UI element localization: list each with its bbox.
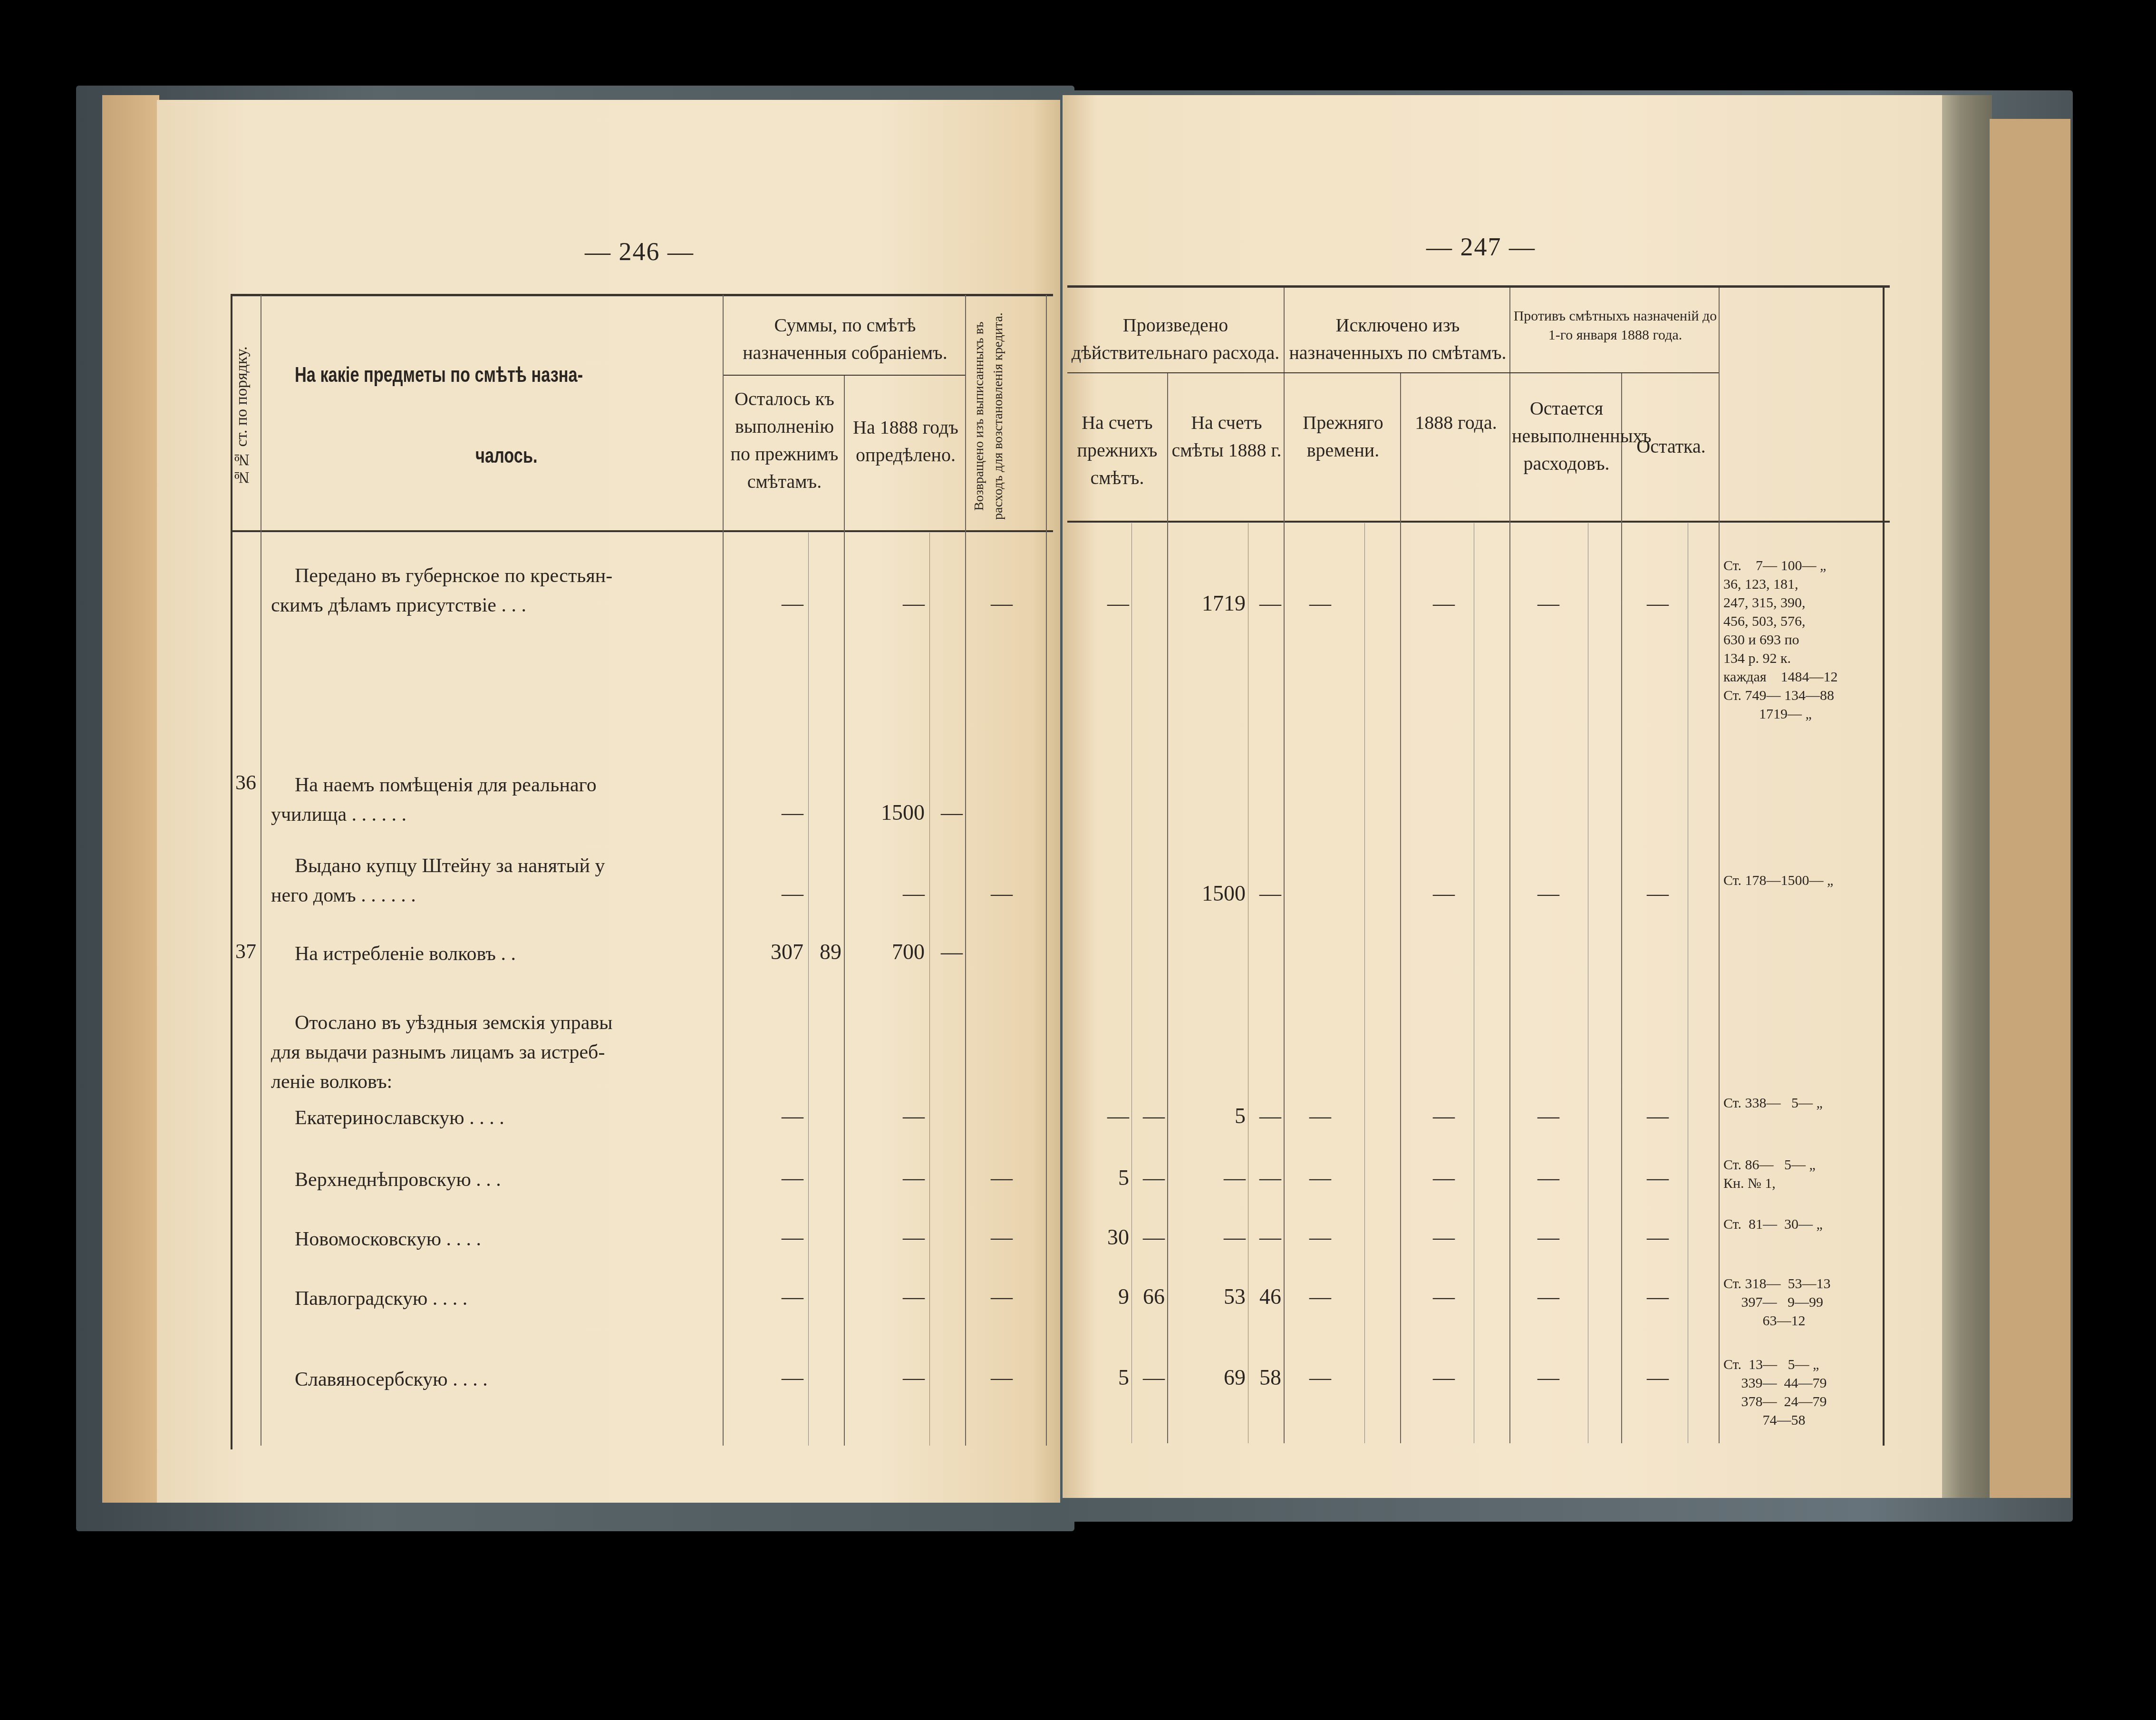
row-description: Выдано купцу Штейну за нанятый у — [295, 851, 605, 881]
cell-prev_k: — — [1143, 1165, 1165, 1190]
cell-y1888_k: — — [941, 939, 963, 964]
col-divider — [965, 295, 966, 1446]
kopeck-divider — [1131, 523, 1132, 1443]
row-description: Славяносербскую . . . . — [295, 1365, 488, 1394]
cell-cur: 5 — [1235, 1103, 1246, 1128]
cell-remainder: — — [1647, 1284, 1669, 1309]
row-description: На истребленіе волковъ . . — [295, 939, 516, 969]
row-description: Новомосковскую . . . . — [295, 1224, 481, 1254]
cell-cur_k: — — [1259, 1224, 1281, 1250]
col-divider — [1719, 288, 1720, 1443]
cell-prev_k: 66 — [1143, 1284, 1165, 1309]
cell-prev_k: — — [1143, 1224, 1165, 1250]
col-divider — [1509, 288, 1510, 1443]
cell-remaining: — — [782, 591, 803, 616]
header-group-against: Противъ смѣтныхъ назначеній до 1-го янва… — [1512, 307, 1719, 345]
cell-prev_k: — — [1143, 1103, 1165, 1128]
cell-remainder: — — [1647, 591, 1669, 616]
header-group-sums: Суммы, по смѣтѣ назначенныя собраніемъ. — [725, 311, 965, 367]
cell-remainder: — — [1647, 1165, 1669, 1190]
header-bottom-rule-left — [231, 530, 1053, 532]
cell-remaining: — — [782, 1103, 803, 1128]
row-note: Ст. 86— 5— „ Кн. № 1, — [1723, 1156, 1816, 1193]
kopeck-divider — [1474, 523, 1474, 1443]
cell-cur_k: — — [1259, 1103, 1281, 1128]
col-divider — [1400, 373, 1401, 1443]
cell-cur: — — [1224, 1165, 1246, 1190]
header-subject-line1: На какіе предметы по смѣтѣ назна- — [295, 361, 583, 389]
article-number: 37 — [235, 939, 256, 963]
cell-excl_prev: — — [1309, 1284, 1331, 1309]
row-note: Ст. 178—1500— „ — [1723, 871, 1833, 890]
col-divider — [723, 295, 724, 1446]
col-divider — [261, 295, 261, 1446]
cell-remainder: — — [1647, 881, 1669, 906]
cell-excl_prev: — — [1309, 1224, 1331, 1250]
header-group-excluded: Исключено изъ назначенныхъ по смѣтамъ. — [1286, 311, 1509, 367]
col-divider — [1046, 295, 1047, 1446]
cell-remaining: — — [782, 1284, 803, 1309]
group-rule-sums — [724, 375, 965, 376]
cell-unfulfilled: — — [1537, 591, 1559, 616]
cell-cur: 53 — [1224, 1284, 1246, 1309]
cell-excl_1888: — — [1433, 1165, 1455, 1190]
cell-remaining: — — [782, 1224, 803, 1250]
cell-cur_k: — — [1259, 881, 1281, 906]
page-number-left: — 246 — — [585, 237, 694, 266]
endpaper-right — [1990, 119, 2070, 1498]
cell-excl_prev: — — [1309, 1165, 1331, 1190]
cell-cur_k: — — [1259, 1165, 1281, 1190]
table-left-border — [231, 294, 232, 1449]
cell-remainder: — — [1647, 1103, 1669, 1128]
cell-excl_1888: — — [1433, 881, 1455, 906]
cell-returned: — — [991, 591, 1013, 616]
col-divider — [1284, 288, 1285, 1443]
cell-remainder: — — [1647, 1224, 1669, 1250]
row-description: Верхнеднѣпровскую . . . — [295, 1165, 501, 1195]
cell-prev: 5 — [1118, 1165, 1129, 1190]
row-description: него домъ . . . . . . — [271, 881, 416, 910]
cell-remaining: 307 — [771, 939, 803, 964]
header-bottom-rule-right — [1067, 521, 1890, 523]
cell-unfulfilled: — — [1537, 1165, 1559, 1190]
table-top-rule-left — [231, 294, 1053, 296]
header-remaining: Осталось къ выполненію по прежнимъ смѣта… — [725, 385, 844, 496]
header-group-spent: Произведено дѣйствительнаго расхода. — [1067, 311, 1284, 367]
cell-remaining: — — [782, 1365, 803, 1390]
col-divider — [844, 376, 845, 1446]
cell-unfulfilled: — — [1537, 1365, 1559, 1390]
row-note: Ст. 7— 100— „ 36, 123, 181, 247, 315, 39… — [1723, 556, 1838, 723]
row-note: Ст. 318— 53—13 397— 9—99 63—12 — [1723, 1274, 1830, 1330]
cell-cur: 1719 — [1202, 591, 1246, 616]
cell-y1888: — — [903, 1224, 925, 1250]
cell-excl_prev: — — [1309, 1365, 1331, 1390]
row-note: Ст. 338— 5— „ — [1723, 1094, 1823, 1112]
header-remainder: Остатка. — [1624, 433, 1719, 460]
cell-excl_1888: — — [1433, 1284, 1455, 1309]
cell-cur_k: — — [1259, 591, 1281, 616]
cell-prev: — — [1107, 1103, 1129, 1128]
col-divider — [1621, 373, 1622, 1443]
row-description: Екатеринославскую . . . . — [295, 1103, 504, 1133]
cell-unfulfilled: — — [1537, 1103, 1559, 1128]
page-number-right: — 247 — — [1426, 232, 1536, 262]
kopeck-divider — [1588, 523, 1588, 1443]
cell-prev: 30 — [1107, 1224, 1129, 1250]
cell-remainder: — — [1647, 1365, 1669, 1390]
page-stack-right — [1940, 95, 1992, 1498]
header-subject-line2: чалось. — [475, 442, 538, 470]
cell-y1888: — — [903, 591, 925, 616]
cell-cur_k: 46 — [1259, 1284, 1281, 1309]
header-1888-year: 1888 года. — [1402, 409, 1509, 437]
header-unfulfilled: Остается невыполненныхъ расходовъ. — [1512, 395, 1621, 477]
row-description: леніе волковъ: — [271, 1067, 392, 1097]
row-description: Отослано въ уѣздныя земскія управы — [295, 1008, 612, 1038]
cell-returned: — — [991, 881, 1013, 906]
header-prev-estimates: На счетъ прежнихъ смѣтъ. — [1067, 409, 1167, 492]
row-note: Ст. 13— 5— „ 339— 44—79 378— 24—79 74—58 — [1723, 1355, 1827, 1429]
col-divider — [1167, 373, 1168, 1443]
cell-cur_k: 58 — [1259, 1365, 1281, 1390]
cell-excl_1888: — — [1433, 1224, 1455, 1250]
cell-y1888: — — [903, 1284, 925, 1309]
header-article-number: №№ ст. по порядку. — [233, 304, 260, 528]
cell-unfulfilled: — — [1537, 1284, 1559, 1309]
header-1888-defined: На 1888 годъ опредѣлено. — [846, 414, 965, 469]
cell-returned: — — [991, 1365, 1013, 1390]
cell-remaining: — — [782, 881, 803, 906]
row-note: Ст. 81— 30— „ — [1723, 1215, 1823, 1234]
row-description: На наемъ помѣщенія для реальнаго — [295, 770, 597, 800]
cell-remaining: — — [782, 1165, 803, 1190]
cell-y1888: — — [903, 1365, 925, 1390]
cell-remaining_k: 89 — [820, 939, 841, 964]
cell-prev: 9 — [1118, 1284, 1129, 1309]
kopeck-divider — [1364, 523, 1365, 1443]
cell-remaining: — — [782, 800, 803, 825]
cell-returned: — — [991, 1165, 1013, 1190]
kopeck-divider — [929, 533, 930, 1446]
cell-excl_prev: — — [1309, 591, 1331, 616]
table-top-rule-right — [1067, 285, 1890, 288]
cell-prev_k: — — [1143, 1365, 1165, 1390]
kopeck-divider — [1688, 523, 1688, 1443]
cell-cur: 69 — [1224, 1365, 1246, 1390]
cell-prev: — — [1107, 591, 1129, 616]
cell-excl_1888: — — [1433, 1103, 1455, 1128]
cell-y1888: — — [903, 1165, 925, 1190]
cell-prev: 5 — [1118, 1365, 1129, 1390]
header-returned: Возвращено изъ выписанныхъ въ расходъ дл… — [970, 304, 1044, 528]
article-number: 36 — [235, 770, 256, 795]
row-description: скимъ дѣламъ присутствіе . . . — [271, 591, 526, 620]
cell-y1888: 700 — [892, 939, 925, 964]
header-1888-estimate: На счетъ смѣты 1888 г. — [1170, 409, 1284, 464]
cell-unfulfilled: — — [1537, 881, 1559, 906]
cell-returned: — — [991, 1224, 1013, 1250]
cell-y1888: — — [903, 881, 925, 906]
table-right-border — [1883, 285, 1885, 1446]
cell-y1888: — — [903, 1103, 925, 1128]
page-edge-left — [102, 95, 159, 1503]
row-description: Павлоградскую . . . . — [295, 1284, 467, 1313]
row-description: Передано въ губернское по крестьян- — [295, 561, 612, 591]
cell-unfulfilled: — — [1537, 1224, 1559, 1250]
header-prev-time: Прежняго времени. — [1286, 409, 1400, 464]
cell-y1888: 1500 — [881, 800, 925, 825]
row-description: для выдачи разнымъ лицамъ за истреб- — [271, 1038, 605, 1067]
cell-cur: — — [1224, 1224, 1246, 1250]
group-rule-right — [1067, 372, 1719, 373]
kopeck-divider — [808, 533, 809, 1446]
cell-y1888_k: — — [941, 800, 963, 825]
kopeck-divider — [1248, 523, 1248, 1443]
cell-cur: 1500 — [1202, 881, 1246, 906]
cell-excl_prev: — — [1309, 1103, 1331, 1128]
row-description: училища . . . . . . — [271, 800, 406, 829]
cell-excl_1888: — — [1433, 1365, 1455, 1390]
cell-returned: — — [991, 1284, 1013, 1309]
cell-excl_1888: — — [1433, 591, 1455, 616]
